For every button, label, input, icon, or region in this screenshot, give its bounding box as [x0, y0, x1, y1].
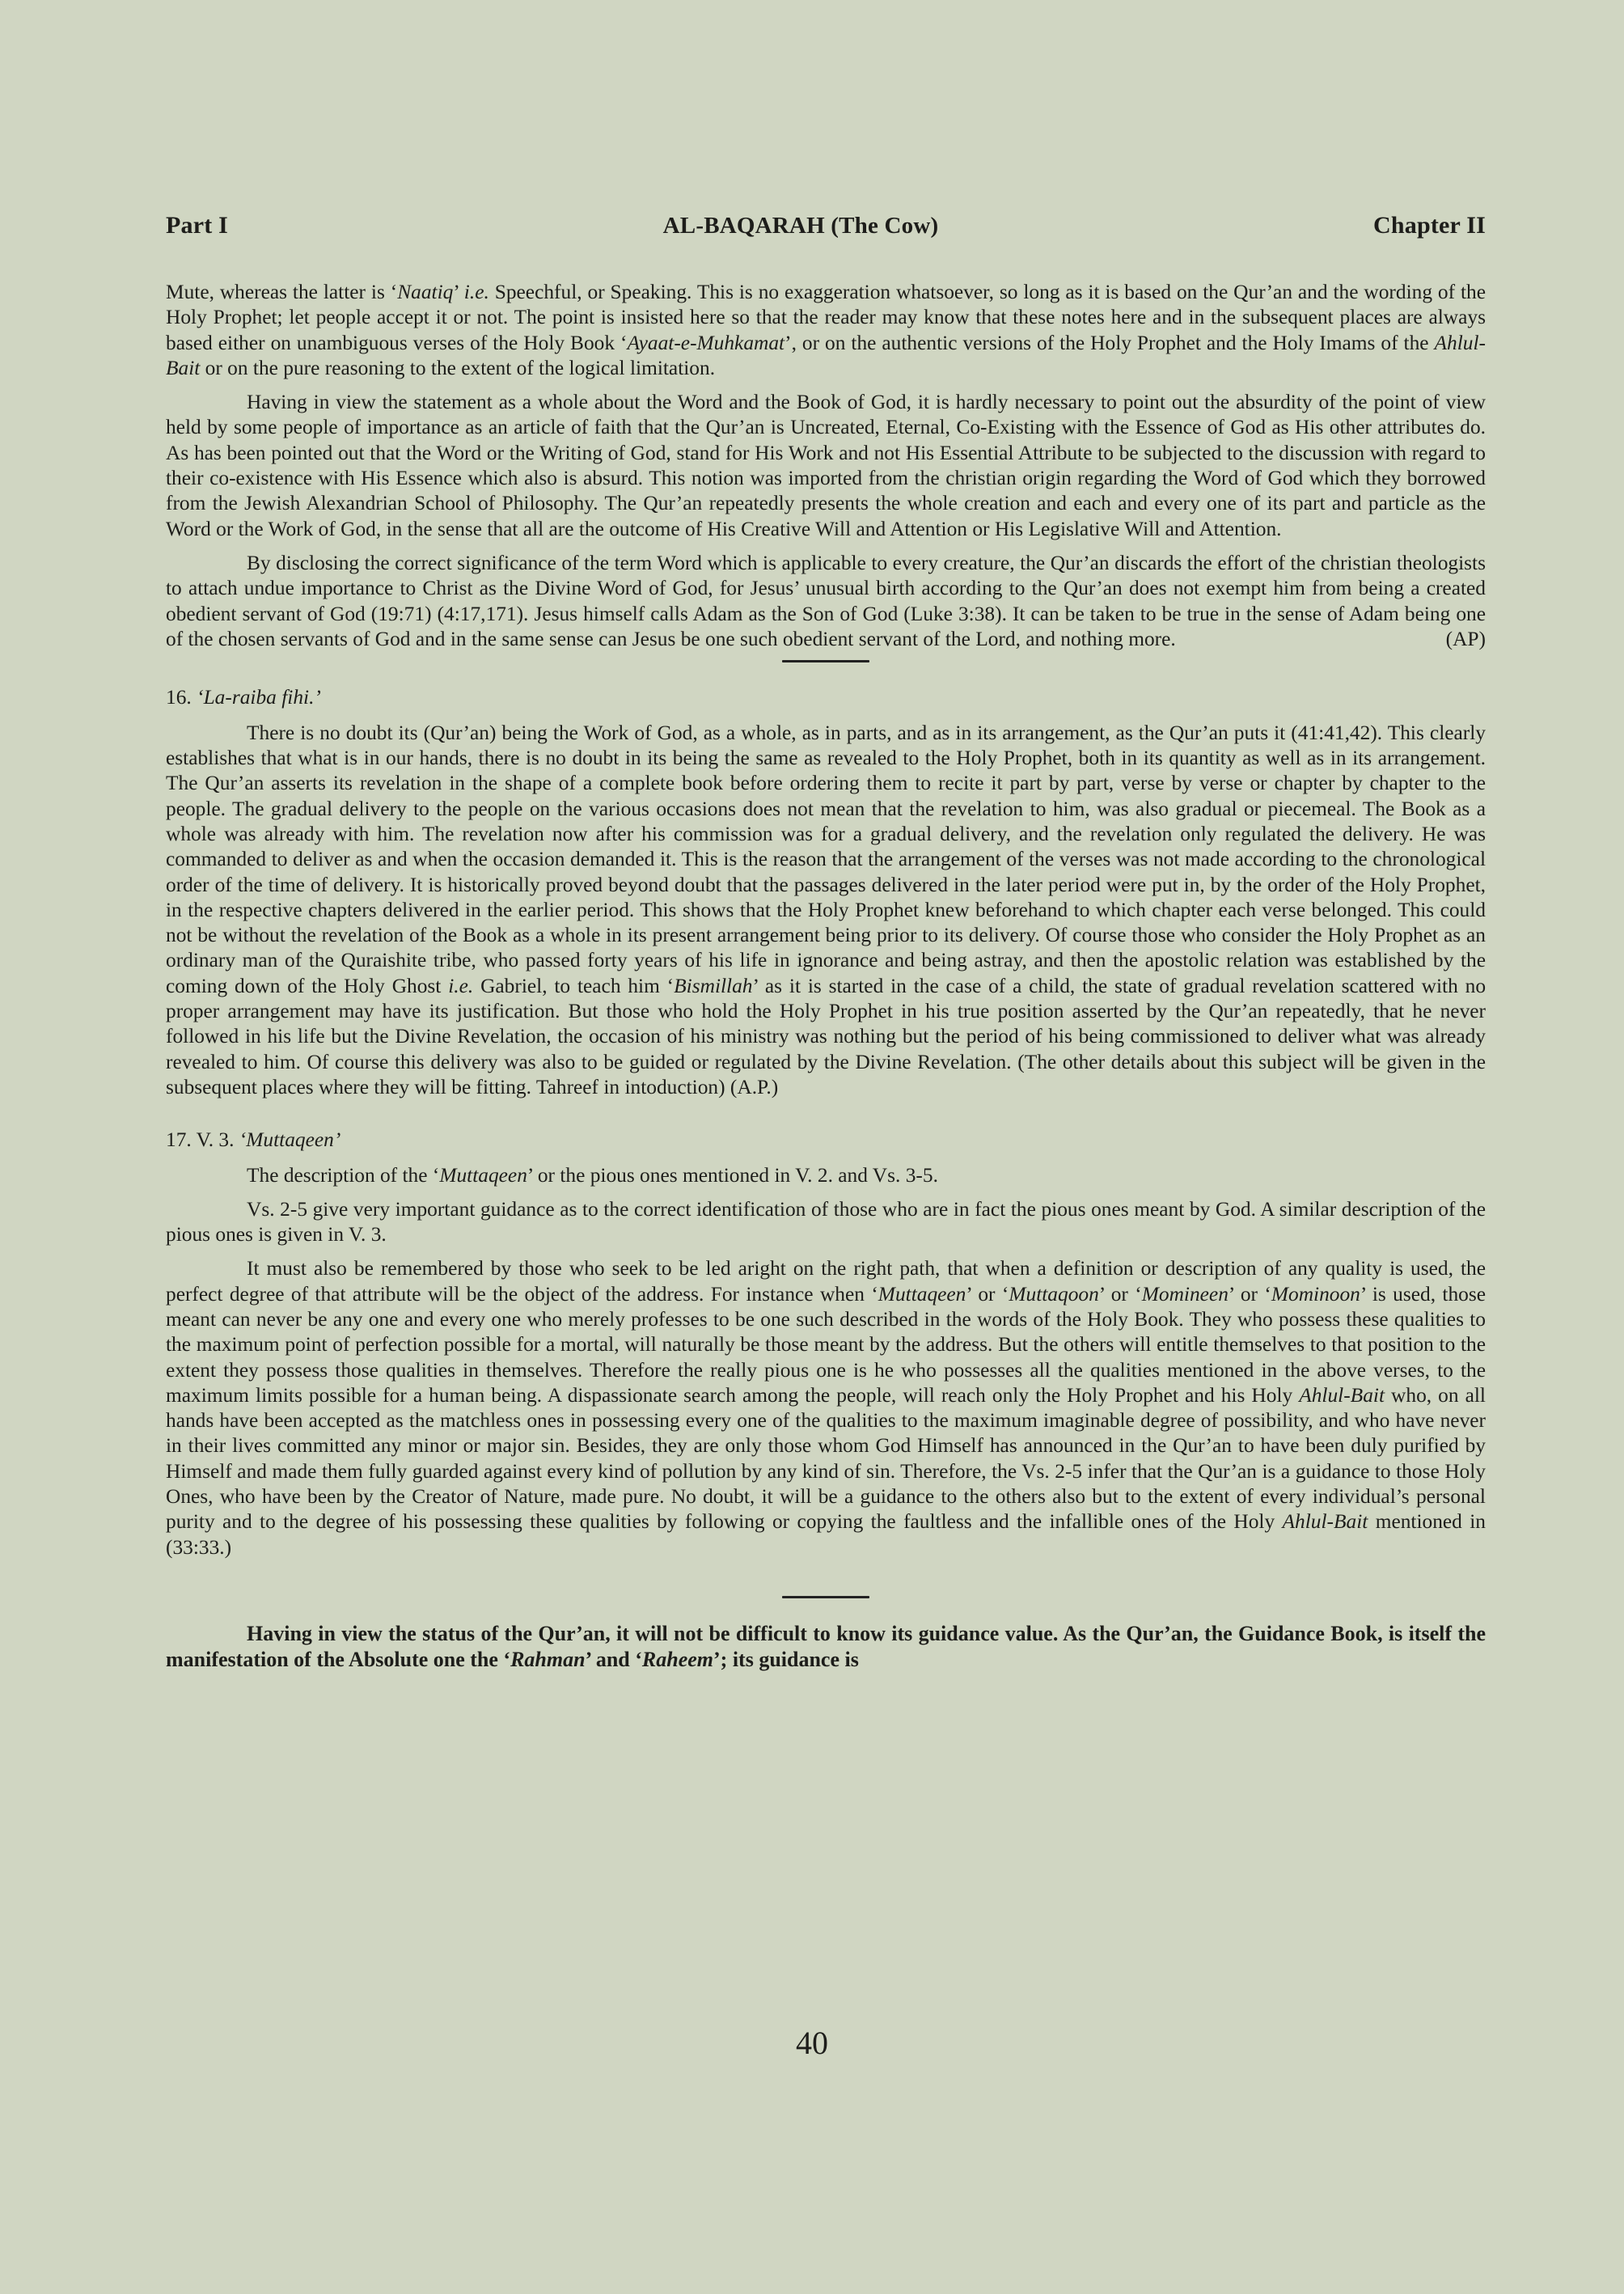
note-17-para-2: Vs. 2-5 give very important guidance as …: [166, 1197, 1486, 1248]
chapter-label: Chapter II: [1373, 212, 1486, 239]
note-17-number: 17. V. 3.: [166, 1128, 234, 1151]
note-16-number: 16.: [166, 686, 192, 709]
part-label: Part I: [166, 212, 228, 239]
section-divider-2: [782, 1596, 869, 1598]
body-text: Mute, whereas the latter is ‘Naatiq’ i.e…: [166, 280, 1486, 1673]
section-divider: [782, 660, 869, 662]
closing-paragraph: Having in view the status of the Qur’an,…: [166, 1621, 1486, 1673]
note-17-term: ‘Muttaqeen’: [239, 1128, 341, 1151]
page-number: 40: [0, 2024, 1624, 2062]
running-head: Part I AL-BAQARAH (The Cow) Chapter II: [166, 212, 1486, 239]
note-17-heading: 17. V. 3. ‘Muttaqeen’: [166, 1128, 1486, 1153]
paragraph-intro-2: Having in view the statement as a whole …: [166, 390, 1486, 542]
chapter-title: AL-BAQARAH (The Cow): [663, 213, 939, 239]
note-16-term: ‘La-raiba fihi.’: [197, 686, 321, 709]
note-16-body: There is no doubt its (Qur’an) being the…: [166, 721, 1486, 1100]
note-16-heading: 16. ‘La-raiba fihi.’: [166, 685, 1486, 710]
note-17-para-3: It must also be remembered by those who …: [166, 1256, 1486, 1560]
paragraph-intro-1: Mute, whereas the latter is ‘Naatiq’ i.e…: [166, 280, 1486, 381]
note-17-para-1: The description of the ‘Muttaqeen’ or th…: [166, 1163, 1486, 1188]
book-page: Part I AL-BAQARAH (The Cow) Chapter II M…: [166, 212, 1486, 1694]
